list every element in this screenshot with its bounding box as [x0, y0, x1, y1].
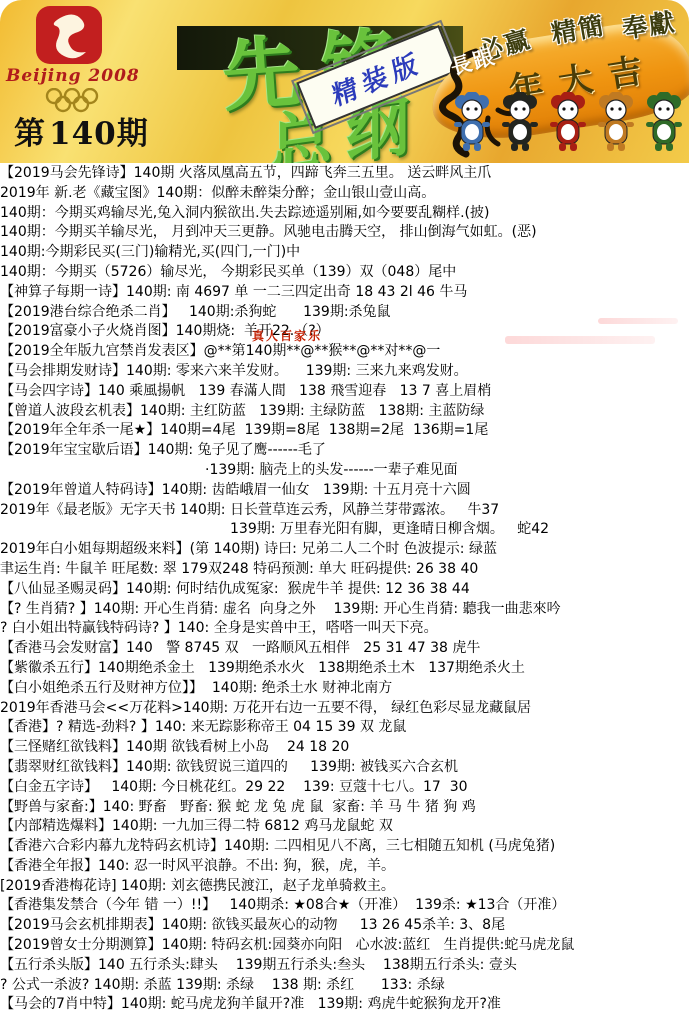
- text-line-23: 【? 生肖猜? 】140期: 开心生肖猜: 虚名 向身之外 139期: 开心生肖…: [0, 600, 689, 620]
- text-line-19: 139期: 万里春光阳有脚，更逢晴日柳含烟。 蛇42: [0, 520, 689, 540]
- text-line-22: 【八仙显圣赐灵码】140期: 何时结仇成冤家: 猴虎牛羊 提供: 12 36 3…: [0, 580, 689, 600]
- issue-number-label: 第140期: [14, 108, 152, 153]
- text-line-42: ? 公式一杀波? 140期: 杀蓝 139期: 杀绿 138 期: 杀红 133…: [0, 976, 689, 996]
- text-line-16: ·139期: 脑壳上的头发------一辈子难见面: [0, 461, 689, 481]
- text-line-5: 140期:今期彩民买(三门)输精光,买(四门,一门)中: [0, 243, 689, 263]
- text-line-14: 【2019年全年杀一尾★】140期=4尾 139期=8尾 138期=2尾 136…: [0, 421, 689, 441]
- text-line-10: 【2019全年版九宫禁肖发表区】@**第140期**@**猴**@**对**@一: [0, 342, 689, 362]
- faint-watermark: [598, 318, 678, 324]
- text-line-13: 【曾道人波段玄机表】140期: 主红防蓝 139期: 主绿防蓝 138期: 主蓝…: [0, 402, 689, 422]
- text-line-35: 【香港六合彩内幕九龙特码玄机诗】140期: 二四相见八不离，三七相随五知机 (马…: [0, 837, 689, 857]
- text-line-39: 【2019马会玄机排期表】140期: 欲钱买最灰心的动物 13 26 45杀羊:…: [0, 916, 689, 936]
- header-banner: Beijing 2008 第140期 先锋 总纲 精装版 年大吉: [0, 0, 689, 163]
- text-line-3: 140期：今期买鸡输尽光,兔入洞内猴欲出.失去踪迹遥别厢,如今要要乱糊样.(披): [0, 204, 689, 224]
- text-line-6: 140期：今期买（5726）输尽光， 今期彩民买单（139）双（048）尾中: [0, 263, 689, 283]
- fuwa-jingjing-icon: [500, 92, 540, 154]
- fuwa-yingying-icon: [596, 92, 636, 154]
- text-line-18: 2019年《最老版》无字天书 140期: 日长萱草连云秀，风静兰芽带露浓。 牛3…: [0, 501, 689, 521]
- text-line-29: 【香港】? 精选-劲料? 】140: 来无踪影称帝王 04 15 39 双 龙鼠: [0, 718, 689, 738]
- text-line-37: [2019香港梅花诗] 140期: 刘玄德携民渡江，赵子龙单骑救主。: [0, 877, 689, 897]
- beijing-2008-emblem-icon: [22, 6, 122, 66]
- text-line-41: 【五行杀头版】140 五行杀头:肆头 139期五行杀头:叁头 138期五行杀头:…: [0, 956, 689, 976]
- text-line-12: 【马会四字诗】140 乘風揚帆 139 春滿人間 138 飛雪迎春 13 7 喜…: [0, 382, 689, 402]
- text-line-20: 2019年白小姐每期超级来料】(第 140期) 诗曰: 兄弟二人二个时 色波提示…: [0, 540, 689, 560]
- fuwa-nini-icon: [644, 92, 684, 154]
- text-line-8: 【2019港台综合绝杀二肖】 140期:杀狗蛇 139期:杀兔鼠: [0, 303, 689, 323]
- text-line-27: 【白小姐绝杀五行及财神方位】】 140期: 绝杀土水 财神北南方: [0, 679, 689, 699]
- text-line-28: 2019年香港马会<<万花料>140期: 万花开右边一五要不得， 绿红色彩尽显龙…: [0, 699, 689, 719]
- text-line-1: 【2019马会先锋诗】140期 火落凤凰高五节，四蹄飞奔三五里。 送云畔风主爪: [0, 164, 689, 184]
- text-line-24: ? 白小姐出特赢钱特码诗? 】140: 全身是实兽中王，嗒嗒一叫天下亮。: [0, 619, 689, 639]
- fuwa-beibei-icon: [452, 92, 492, 154]
- text-line-31: 【翡翠财红欲钱料】140期: 欲钱贸说三道四的 139期: 被钱买六合玄机: [0, 758, 689, 778]
- faint-watermark: [505, 336, 655, 344]
- text-line-38: 【香港集发禁合（今年 错 一）!!】 140期杀: ★08合★（开准） 139杀…: [0, 896, 689, 916]
- text-line-21: 聿运生肖: 牛鼠羊 旺尾数: 翠 179双248 特码预测: 单大 旺码提供: …: [0, 560, 689, 580]
- text-line-4: 140期：今期买羊输尽光， 月到冲天三更静。风驰电击腾天空， 排山倒海气如虹。(…: [0, 223, 689, 243]
- text-line-17: 【2019年曾道人特码诗】140期: 齿皓峨眉一仙女 139期: 十五月亮十六圆: [0, 481, 689, 501]
- text-line-11: 【马会排期发财诗】140期: 零来六来羊发财。 139期: 三来九来鸡发财。: [0, 362, 689, 382]
- text-line-40: 【2019曾女士分期测算】140期: 特码玄机:园葵亦向阳 心水波:蓝红 生肖提…: [0, 936, 689, 956]
- beijing-script-text: Beijing 2008: [6, 66, 156, 86]
- red-watermark-label: 真人百家乐: [252, 327, 322, 344]
- text-line-15: 【2019年宝宝歇后语】140期: 兔子见了鹰------毛了: [0, 441, 689, 461]
- fuwa-mascots-row: [452, 92, 684, 154]
- text-line-36: 【香港全年报】140: 忍一时风平浪静。不出: 狗，猴，虎，羊。: [0, 857, 689, 877]
- text-line-25: 【香港马会发财富】140 警 8745 双 一路顺风五相伴 25 31 47 3…: [0, 639, 689, 659]
- fuwa-huanhuan-icon: [548, 92, 588, 154]
- tipsheet-page: Beijing 2008 第140期 先锋 总纲 精装版 年大吉: [0, 0, 689, 1017]
- text-line-7: 【神算子每期一诗】140期: 南 4697 单 一二三四定出奇 18 43 2l…: [0, 283, 689, 303]
- text-line-32: 【白金五字诗】 140期: 今日桃花红。29 22 139: 豆蔻十七八。17 …: [0, 778, 689, 798]
- text-line-43: 【马会的7肖中特】140期: 蛇马虎龙狗羊鼠开?准 139期: 鸡虎牛蛇猴狗龙开…: [0, 995, 689, 1015]
- text-line-30: 【三怪赌红欲钱料】140期 欲钱看树上小岛 24 18 20: [0, 738, 689, 758]
- text-line-26: 【紫徽杀五行】140期绝杀金土 139期绝杀水火 138期绝杀土木 137期绝杀…: [0, 659, 689, 679]
- text-line-2: 2019年 新.老《藏宝图》140期：似醉未醉柒分醉；金山银山壹山高。: [0, 184, 689, 204]
- slogan-word-3: 奉獻: [620, 2, 679, 45]
- text-line-34: 【内部精选爆料】140期: 一九加三得二特 6812 鸡马龙鼠蛇 双: [0, 817, 689, 837]
- text-line-33: 【野兽与家畜:】140: 野畜 野畜: 猴 蛇 龙 兔 虎 鼠 家畜: 羊 马 …: [0, 798, 689, 818]
- tips-text-block: 【2019马会先锋诗】140期 火落凤凰高五节，四蹄飞奔三五里。 送云畔风主爪2…: [0, 164, 689, 1015]
